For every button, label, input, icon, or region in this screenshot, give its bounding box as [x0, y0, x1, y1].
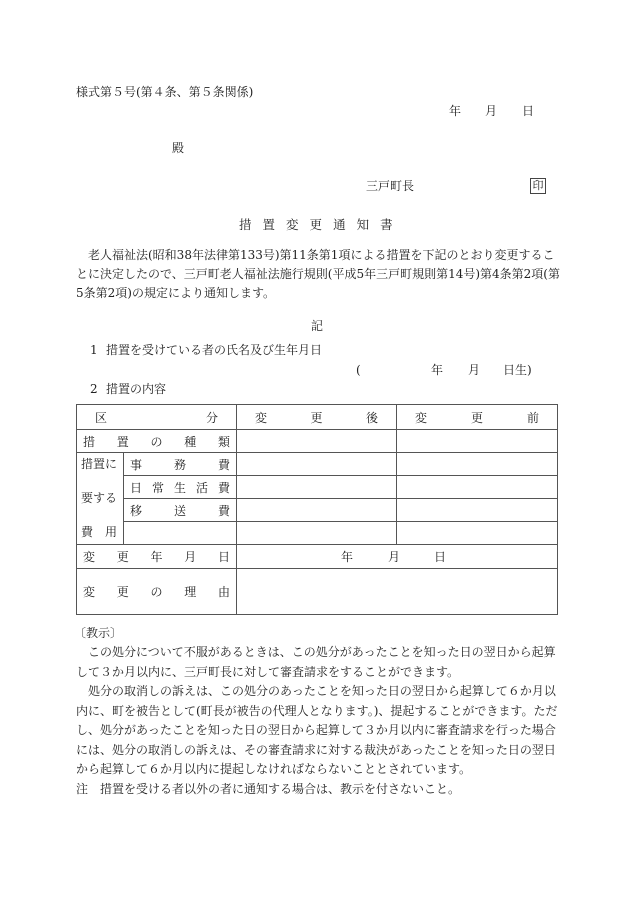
- header-category: 区分: [77, 405, 237, 430]
- date-month-label: 月: [485, 103, 497, 119]
- office-expense-after-cell[interactable]: [237, 453, 397, 476]
- label-char: 由: [218, 583, 230, 600]
- header-text: 分: [206, 409, 218, 426]
- living-expense-after-cell[interactable]: [237, 476, 397, 499]
- transport-expense-label: 移送費: [124, 499, 237, 522]
- blank-expense-before-cell[interactable]: [397, 522, 558, 545]
- table-row: 措置に 要する 費 用 事務費: [77, 453, 558, 476]
- label-char: 更: [117, 583, 129, 600]
- date-year-label: 年: [449, 103, 461, 119]
- item2-label: 措置の内容: [106, 381, 166, 397]
- label-char: 変: [83, 548, 95, 565]
- label-char: 理: [184, 583, 196, 600]
- title-char: 措: [239, 217, 263, 232]
- label-line: 措置に: [81, 453, 119, 476]
- birth-open-paren: (: [356, 362, 361, 378]
- label-char: 事: [130, 456, 142, 473]
- header-after: 変更後: [237, 405, 397, 430]
- living-expense-before-cell[interactable]: [397, 476, 558, 499]
- blank-expense-after-cell[interactable]: [237, 522, 397, 545]
- label-char: 日: [130, 479, 142, 496]
- label-line: 費 用: [81, 521, 119, 544]
- form-number: 様式第５号(第４条、第５条関係): [76, 84, 253, 100]
- table-row: 日常生活費: [77, 476, 558, 499]
- label-char: 更: [117, 548, 129, 565]
- table-row: [77, 522, 558, 545]
- office-expense-before-cell[interactable]: [397, 453, 558, 476]
- table-row: 変更の理由: [77, 569, 558, 615]
- measure-content-table: 区分 変更後 変更前 措置の種類 措置に 要する 費 用 事務費 日常生活費: [76, 404, 558, 615]
- item1-label: 措置を受けている者の氏名及び生年月日: [106, 342, 322, 358]
- birth-month-label: 月: [468, 362, 480, 378]
- table-row: 変更年月日 年 月 日: [77, 545, 558, 569]
- document-title: 措置変更通知書: [239, 217, 404, 233]
- label-char: 移: [130, 502, 142, 519]
- header-text: 変: [255, 409, 267, 426]
- measure-type-after-cell[interactable]: [237, 430, 397, 453]
- notice-heading: 〔教示〕: [74, 625, 122, 641]
- title-char: 置: [263, 217, 287, 232]
- living-expense-label: 日常生活費: [124, 476, 237, 499]
- transport-expense-after-cell[interactable]: [237, 499, 397, 522]
- table-header-row: 区分 変更後 変更前: [77, 405, 558, 430]
- header-text: 更: [310, 409, 322, 426]
- label-char: 活: [196, 479, 208, 496]
- body-text: 老人福祉法(昭和38年法律第133号)第11条第1項による措置を下記のとおり変更…: [76, 246, 560, 303]
- measure-type-label: 措置の種類: [77, 430, 237, 453]
- label-line: 要する: [81, 487, 119, 510]
- label-char: 変: [83, 583, 95, 600]
- blank-expense-label[interactable]: [124, 522, 237, 545]
- header-text: 前: [527, 409, 539, 426]
- measure-type-before-cell[interactable]: [397, 430, 558, 453]
- date-day-label: 日: [522, 103, 534, 119]
- title-char: 変: [286, 217, 310, 232]
- label-char: 費: [218, 456, 230, 473]
- header-text: 区: [95, 409, 107, 426]
- notice-body: この処分について不服があるときは、この処分があったことを知った日の翌日から起算し…: [76, 643, 560, 799]
- label-char: の: [150, 583, 162, 600]
- title-char: 書: [380, 217, 404, 232]
- table-row: 措置の種類: [77, 430, 558, 453]
- label-char: 生: [174, 479, 186, 496]
- label-char: の: [150, 433, 162, 450]
- notice-paragraph-1: この処分について不服があるときは、この処分があったことを知った日の翌日から起算し…: [76, 643, 560, 682]
- issuer-name: 三戸町長: [366, 178, 414, 194]
- office-expense-label: 事務費: [124, 453, 237, 476]
- birth-day-label: 日生): [503, 362, 532, 378]
- label-char: 日: [218, 548, 230, 565]
- addressee-suffix: 殿: [172, 140, 184, 156]
- notice-paragraph-2: 処分の取消しの訴えは、この処分のあったことを知った日の翌日から起算して６か月以内…: [76, 682, 560, 780]
- header-text: 後: [366, 409, 378, 426]
- header-before: 変更前: [397, 405, 558, 430]
- label-char: 種: [184, 433, 196, 450]
- seal-stamp-icon: 印: [530, 178, 546, 194]
- label-char: 費: [218, 502, 230, 519]
- table-row: 移送費: [77, 499, 558, 522]
- label-char: 置: [117, 433, 129, 450]
- header-text: 変: [415, 409, 427, 426]
- label-char: 常: [152, 479, 164, 496]
- header-text: 更: [471, 409, 483, 426]
- label-char: 月: [184, 548, 196, 565]
- cost-group-label: 措置に 要する 費 用: [77, 453, 124, 545]
- label-char: 務: [174, 456, 186, 473]
- title-char: 通: [333, 217, 357, 232]
- label-char: 措: [83, 433, 95, 450]
- label-char: 年: [150, 548, 162, 565]
- label-char: 類: [218, 433, 230, 450]
- item2-number: 2: [90, 381, 98, 397]
- transport-expense-before-cell[interactable]: [397, 499, 558, 522]
- title-char: 知: [357, 217, 381, 232]
- birth-year-label: 年: [431, 362, 443, 378]
- change-reason-label: 変更の理由: [77, 569, 237, 615]
- body-paragraph: 老人福祉法(昭和38年法律第133号)第11条第1項による措置を下記のとおり変更…: [76, 246, 560, 303]
- change-reason-value-cell[interactable]: [237, 569, 558, 615]
- ki-label: 記: [311, 318, 323, 334]
- change-date-label: 変更年月日: [77, 545, 237, 569]
- label-char: 送: [174, 502, 186, 519]
- date-year-label: 年: [341, 548, 388, 565]
- title-char: 更: [310, 217, 334, 232]
- date-month-label: 月: [388, 548, 434, 565]
- change-date-value-cell[interactable]: 年 月 日: [237, 545, 558, 569]
- notice-note: 注 措置を受ける者以外の者に通知する場合は、教示を付さないこと。: [76, 780, 560, 800]
- item1-number: 1: [90, 342, 98, 358]
- date-day-label: 日: [434, 548, 446, 565]
- label-char: 費: [218, 479, 230, 496]
